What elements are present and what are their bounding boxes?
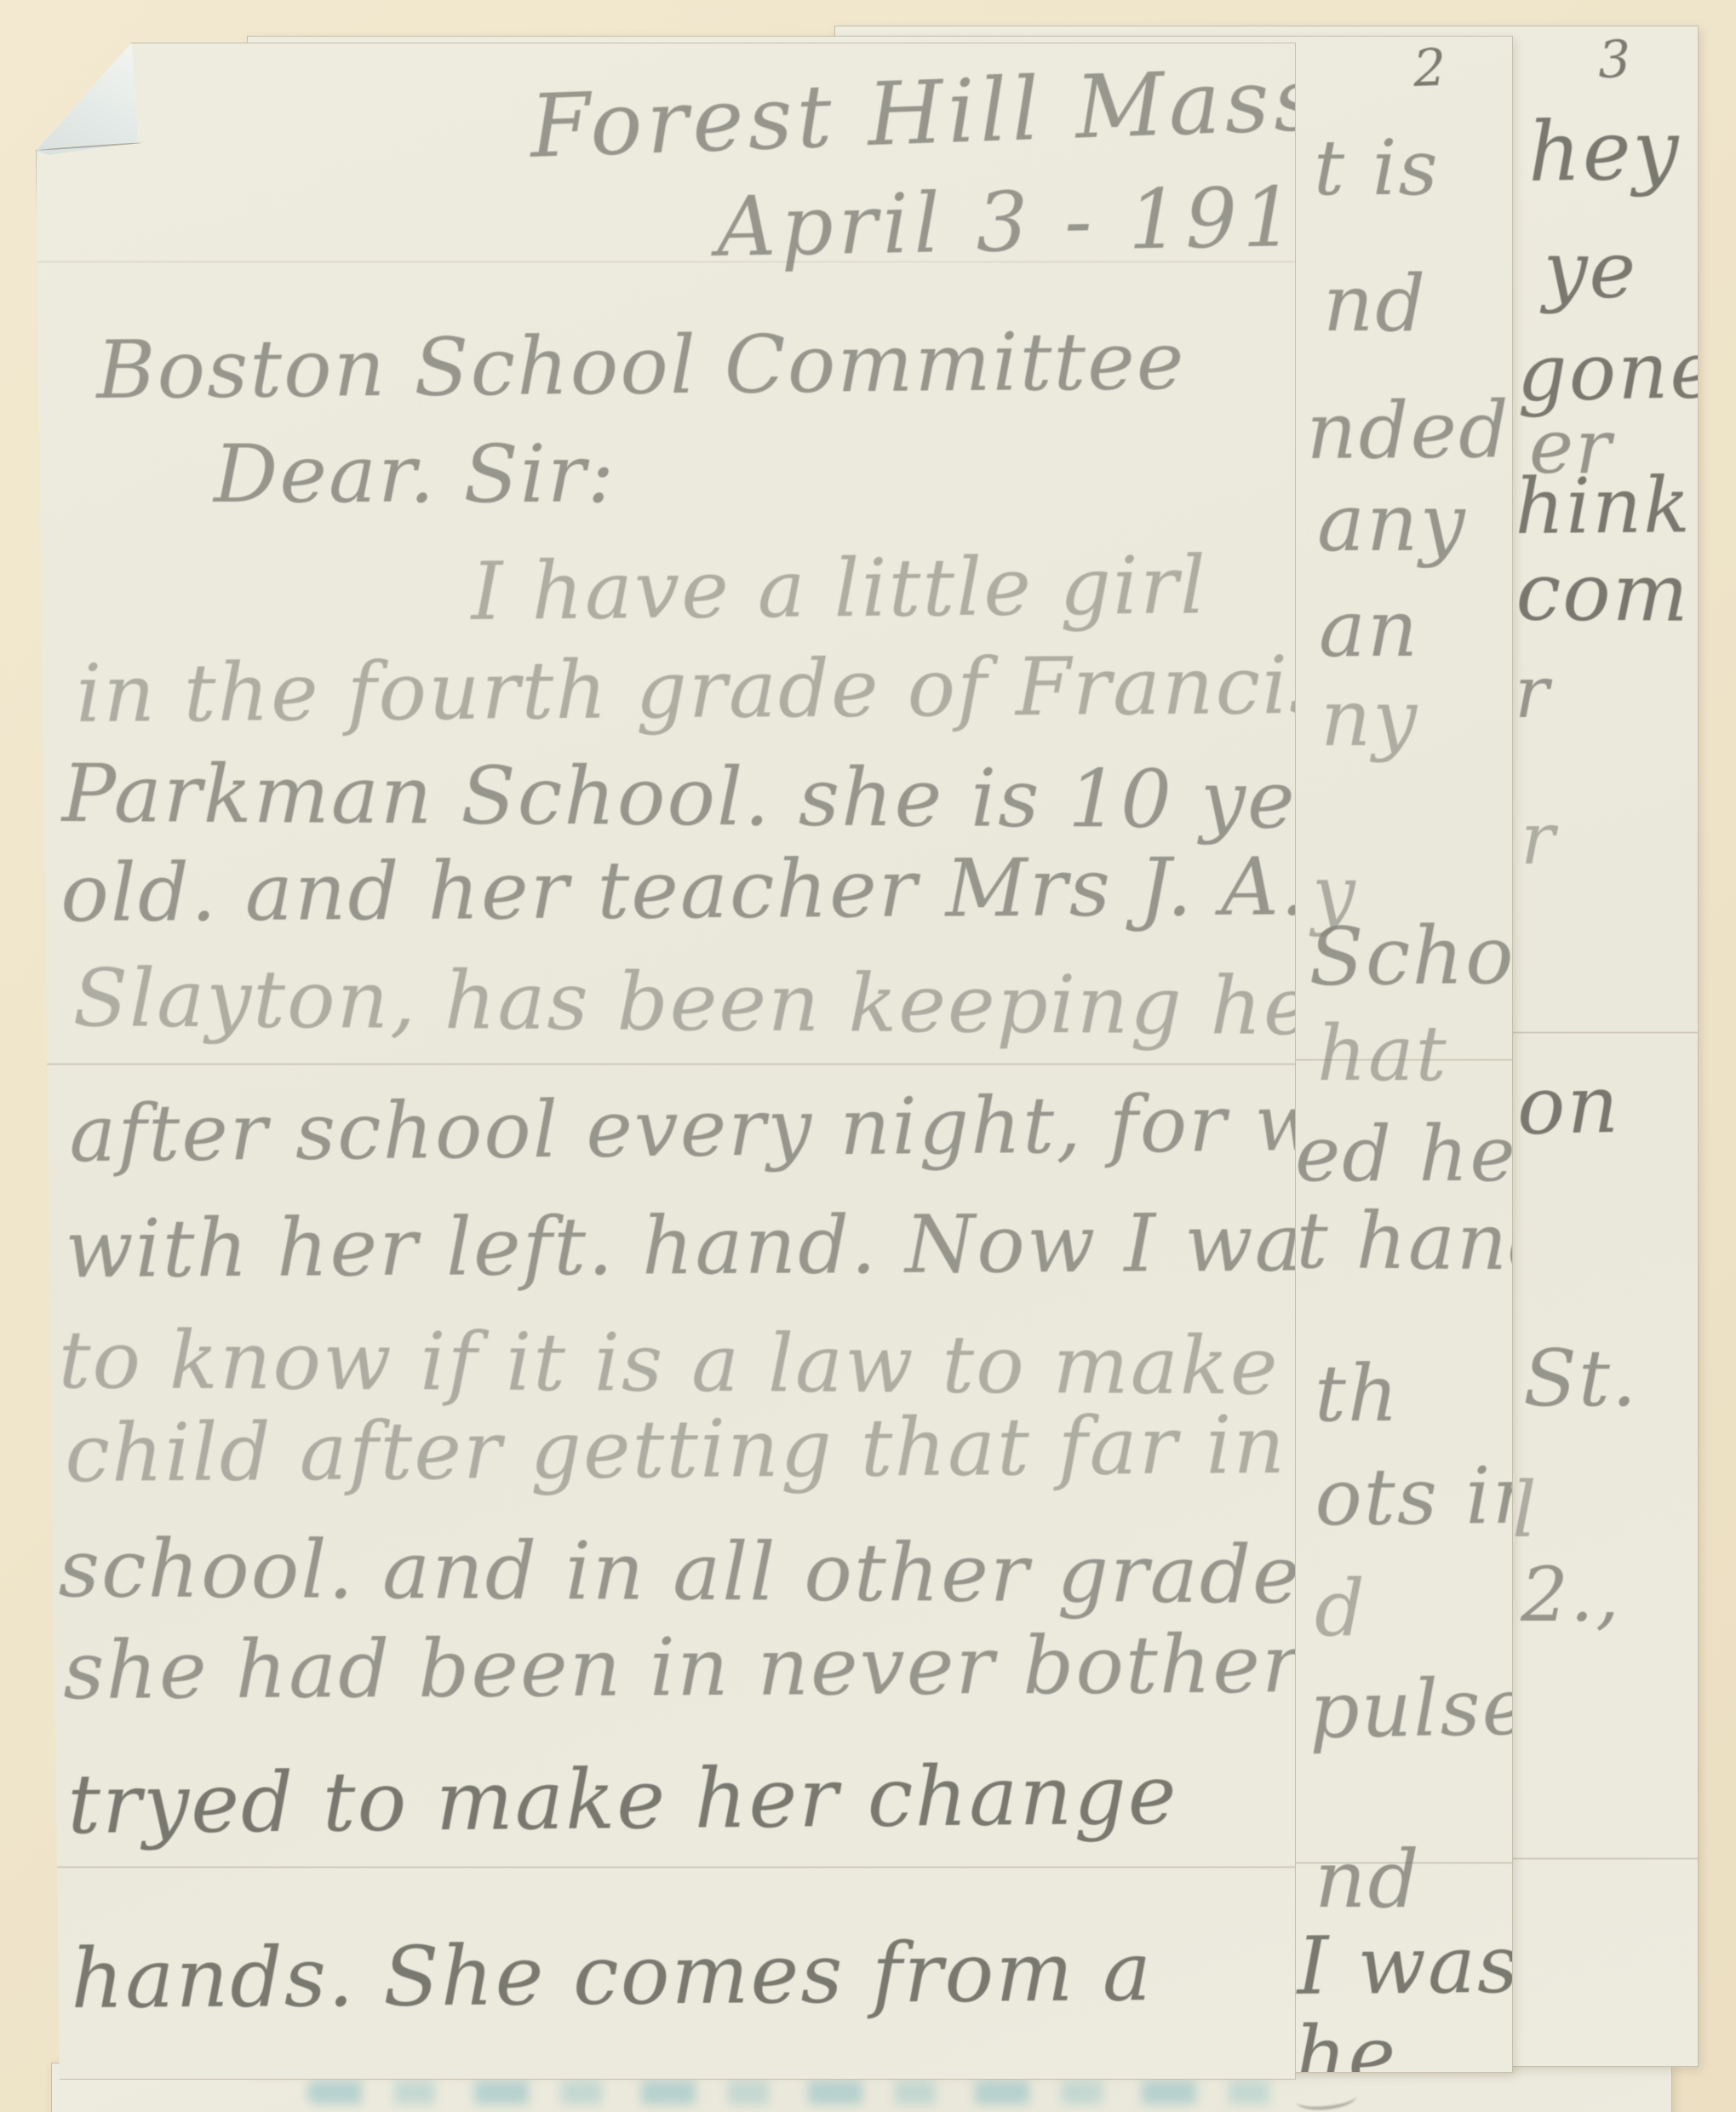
- letter-line: Parkman School. she is 10 years: [62, 755, 1296, 841]
- letter-recipient: Boston School Committee: [96, 322, 1186, 411]
- letter-heading-date: April 3 - 1918: [716, 175, 1296, 268]
- page3-fragment: com: [1515, 553, 1690, 634]
- dog-ear-fold: [36, 43, 145, 157]
- page2-fragment: t hand: [1296, 1202, 1513, 1283]
- letter-line: in the fourth grade of Francis: [76, 646, 1296, 735]
- letter-heading-place: Forest Hill Mass: [529, 57, 1296, 171]
- letter-line: old. and her teacher Mrs J. A.: [60, 847, 1296, 934]
- letter-line: I have a little girl: [471, 546, 1207, 633]
- letter-line: hands. She comes from a: [71, 1931, 1153, 2020]
- letter-line: to know if it is a law to make a: [59, 1321, 1296, 1408]
- page2-fragment: nded: [1306, 391, 1510, 471]
- page3-fragment: hink: [1515, 468, 1692, 546]
- fold-crease: [37, 1866, 1295, 1868]
- page3-fragment: on: [1516, 1065, 1621, 1147]
- page2-fragment: ny: [1321, 680, 1418, 758]
- letter-line: school. and in all other grades: [59, 1529, 1296, 1616]
- page3-fragment: gone: [1516, 331, 1699, 413]
- fold-crease: [37, 1063, 1295, 1065]
- showthrough-marks: [307, 2080, 1303, 2104]
- page3-fragment: r: [1521, 803, 1556, 875]
- page3-fragment: hey: [1527, 109, 1682, 193]
- page2-fragment: t is: [1314, 130, 1440, 207]
- page2-fragment: ots in: [1315, 1457, 1513, 1537]
- letter-line: with her left. hand. Now I want: [65, 1203, 1296, 1290]
- page3-fragment: 2.,: [1521, 1558, 1621, 1633]
- page2-fragment: nd: [1323, 265, 1427, 343]
- page2-fragment: nd: [1315, 1840, 1421, 1920]
- page2-fragment: hat: [1317, 1016, 1448, 1093]
- page3-fragment: St.: [1523, 1340, 1638, 1418]
- page3-fragment: r: [1515, 657, 1550, 728]
- page2-fragment: ed her: [1295, 1116, 1513, 1193]
- scanned-letter-stage: 3 hey ye gone er hink com r r on St. l 2…: [0, 0, 1736, 2112]
- page2-fragment: d: [1315, 1570, 1366, 1648]
- letter-salutation: Dear. Sir:: [214, 435, 616, 515]
- page-number-3: 3: [1597, 34, 1633, 86]
- pencil-scrap-mark: [1296, 2086, 1357, 2112]
- letter-line: Slayton, has been keeping her: [72, 959, 1296, 1047]
- page2-fragment: th: [1315, 1355, 1400, 1433]
- page2-fragment: he: [1295, 2017, 1397, 2073]
- page2-fragment: School: [1309, 915, 1513, 998]
- page2-fragment: any: [1317, 484, 1467, 564]
- page3-fragment: l: [1512, 1472, 1538, 1549]
- page2-fragment: pulsery: [1309, 1667, 1513, 1750]
- page2-fragment: I was: [1297, 1925, 1513, 2007]
- letter-line: tryed to make her change: [67, 1754, 1178, 1845]
- letter-line: she had been in never bother or: [63, 1625, 1296, 1712]
- page3-fragment: ye: [1543, 231, 1637, 310]
- letter-line: after school every night, for writing: [69, 1082, 1296, 1174]
- page-1-sheet: Forest Hill Mass April 3 - 1918 Boston S…: [36, 43, 1296, 2080]
- letter-line: child after getting that far in: [65, 1406, 1286, 1495]
- page-number-2: 2: [1412, 43, 1448, 95]
- page2-fragment: an: [1319, 590, 1419, 669]
